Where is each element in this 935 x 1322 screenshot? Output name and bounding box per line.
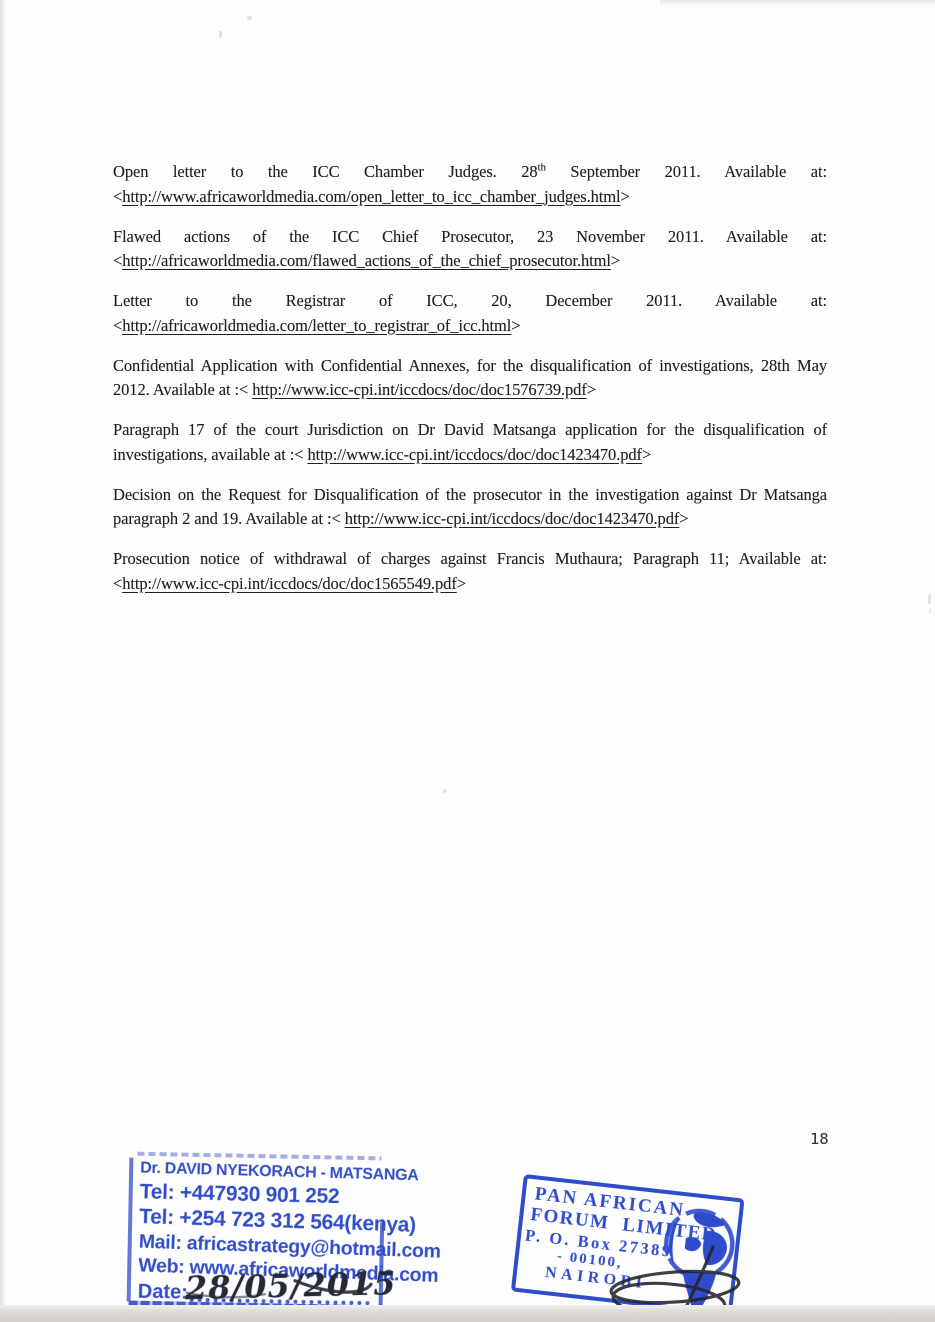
stamp-border-left — [127, 1158, 134, 1302]
reference-paragraph: Letter to the Registrar of ICC, 20, Dece… — [113, 289, 827, 338]
reference-text: > — [679, 509, 688, 528]
scan-edge-bottom — [0, 1305, 935, 1322]
reference-text: > — [611, 251, 620, 270]
references-list: Open letter to the ICC Chamber Judges. 2… — [113, 160, 827, 612]
document-page: Open letter to the ICC Chamber Judges. 2… — [0, 0, 935, 1322]
reference-link[interactable]: http://www.icc-cpi.int/iccdocs/doc/doc14… — [345, 509, 680, 528]
scan-speck — [929, 608, 931, 614]
reference-link[interactable]: http://www.icc-cpi.int/iccdocs/doc/doc15… — [122, 574, 457, 593]
stamp-tel-uk: Tel: +447930 901 252 — [139, 1180, 339, 1209]
reference-paragraph: Confidential Application with Confidenti… — [113, 354, 827, 403]
reference-link[interactable]: http://www.africaworldmedia.com/open_let… — [122, 187, 620, 206]
handwritten-date: 28/05/2015 — [185, 1264, 397, 1307]
reference-text: > — [642, 445, 651, 464]
reference-text: > — [620, 187, 629, 206]
reference-text: > — [587, 380, 596, 399]
globe-icon — [653, 1202, 744, 1322]
reference-paragraph: Prosecution notice of withdrawal of char… — [113, 547, 827, 596]
scan-speck — [928, 594, 931, 604]
reference-paragraph: Open letter to the ICC Chamber Judges. 2… — [113, 160, 827, 209]
reference-link[interactable]: http://www.icc-cpi.int/iccdocs/doc/doc15… — [252, 380, 587, 399]
reference-text: > — [457, 574, 466, 593]
stamp-border-top — [137, 1152, 381, 1161]
reference-paragraph: Decision on the Request for Disqualifica… — [113, 483, 827, 532]
reference-text: Open letter to the ICC Chamber Judges. 2… — [113, 162, 538, 181]
reference-paragraph: Flawed actions of the ICC Chief Prosecut… — [113, 225, 827, 274]
contact-stamp: Dr. DAVID NYEKORACH - MATSANGA Tel: +447… — [127, 1152, 386, 1311]
scan-speck — [247, 16, 252, 20]
superscript: th — [538, 162, 546, 174]
reference-link[interactable]: http://africaworldmedia.com/letter_to_re… — [122, 316, 511, 335]
reference-text: > — [511, 316, 520, 335]
reference-link[interactable]: http://www.icc-cpi.int/iccdocs/doc/doc14… — [307, 445, 642, 464]
scan-edge-top — [660, 0, 935, 6]
scan-speck — [443, 789, 447, 793]
reference-paragraph: Paragraph 17 of the court Jurisdiction o… — [113, 418, 827, 467]
reference-link[interactable]: http://africaworldmedia.com/flawed_actio… — [122, 251, 611, 270]
stamp-date-label: Date: — [138, 1281, 188, 1305]
scan-speck — [219, 31, 222, 38]
organisation-stamp: PAN AFRICAN FORUM LIMITED P. O. Box 2738… — [511, 1174, 745, 1316]
page-number: 18 — [810, 1130, 829, 1148]
scan-edge-left — [0, 0, 6, 1322]
